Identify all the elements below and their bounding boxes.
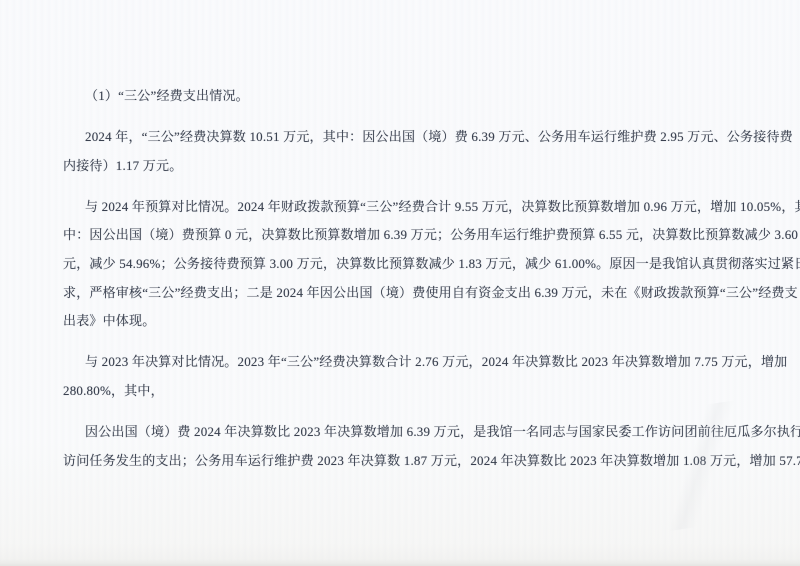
document-line: 内接待）1.17 万元。	[63, 152, 775, 181]
scanned-page: （1）“三公”经费支出情况。 2024 年，“三公”经费决算数 10.51 万元…	[0, 0, 800, 566]
document-line: 元，减少 54.96%；公务接待费预算 3.00 万元，决算数比预算数减少 1.…	[63, 250, 775, 279]
document-line: 出表》中体现。	[63, 307, 775, 336]
document-line: 因公出国（境）费 2024 年决算数比 2023 年决算数增加 6.39 万元，…	[63, 418, 775, 447]
document-line: 访问任务发生的支出；公务用车运行维护费 2023 年决算数 1.87 万元，20…	[63, 447, 775, 476]
paragraph-item-details: 因公出国（境）费 2024 年决算数比 2023 年决算数增加 6.39 万元，…	[63, 418, 775, 475]
document-line: 280.80%，其中，	[63, 377, 775, 406]
paragraph-budget-comparison: 与 2024 年预算对比情况。2024 年财政拨款预算“三公”经费合计 9.55…	[63, 193, 775, 336]
paragraph-2023-comparison: 与 2023 年决算对比情况。2023 年“三公”经费决算数合计 2.76 万元…	[63, 348, 775, 405]
document-line: 2024 年，“三公”经费决算数 10.51 万元，其中：因公出国（境）费 6.…	[63, 123, 775, 152]
paragraph-2024-totals: 2024 年，“三公”经费决算数 10.51 万元，其中：因公出国（境）费 6.…	[63, 123, 775, 180]
scan-bottom-edge-shadow	[0, 559, 800, 566]
section-heading-paragraph: （1）“三公”经费支出情况。	[63, 82, 775, 111]
document-line: 与 2024 年预算对比情况。2024 年财政拨款预算“三公”经费合计 9.55…	[63, 193, 775, 222]
document-line: 与 2023 年决算对比情况。2023 年“三公”经费决算数合计 2.76 万元…	[63, 348, 775, 377]
document-line: 求，严格审核“三公”经费支出；二是 2024 年因公出国（境）费使用自有资金支出…	[63, 279, 775, 308]
document-body: （1）“三公”经费支出情况。 2024 年，“三公”经费决算数 10.51 万元…	[63, 82, 775, 488]
document-line: 中：因公出国（境）费预算 0 元，决算数比预算数增加 6.39 万元；公务用车运…	[63, 221, 775, 250]
section-heading: （1）“三公”经费支出情况。	[63, 82, 775, 111]
